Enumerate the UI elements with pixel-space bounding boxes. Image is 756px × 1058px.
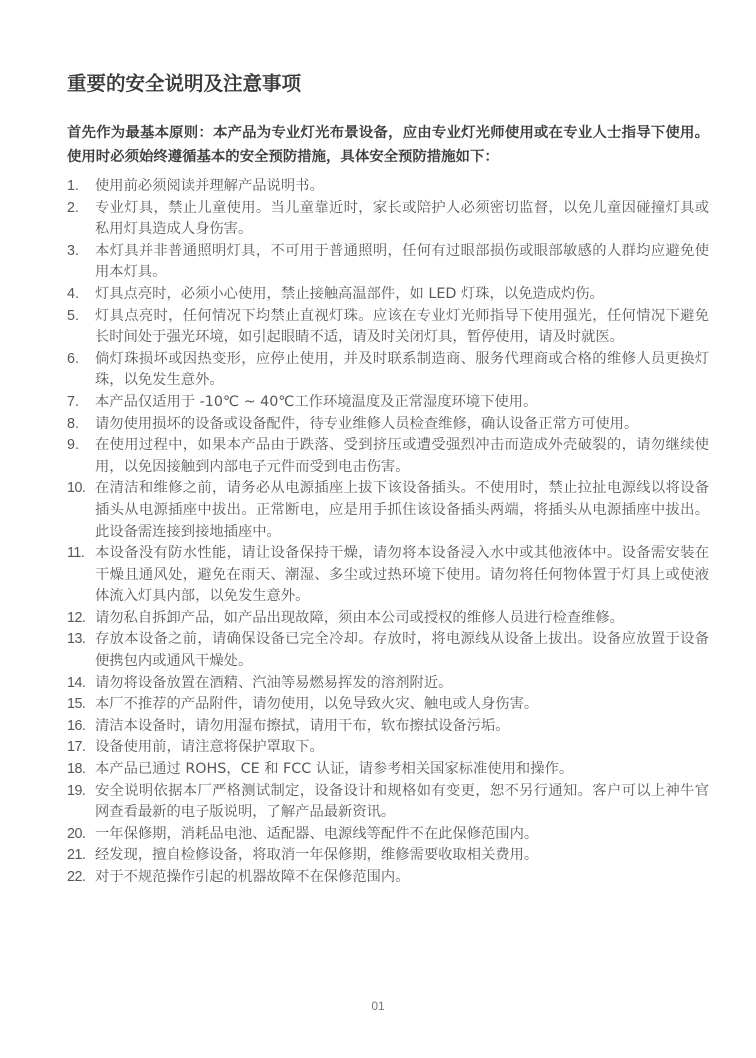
item-text: 倘灯珠损坏或因热变形，应停止使用，并及时联系制造商、服务代理商或合格的维修人员更… [95,351,709,389]
item-text: 对于不规范操作引起的机器故障不在保修范围内。 [95,869,410,885]
list-item: 18.本产品已通过 ROHS，CE 和 FCC 认证，请参考相关国家标准使用和操… [67,759,709,781]
list-item: 15.本厂不推荐的产品附件，请勿使用，以免导致火灾、触电或人身伤害。 [67,694,709,716]
item-text: 请勿私自拆卸产品，如产品出现故障，须由本公司或授权的维修人员进行检查维修。 [95,610,624,626]
item-number: 18. [67,759,85,781]
item-text: 本产品仅适用于 -10℃ ~ 40℃工作环境温度及正常湿度环境下使用。 [95,394,537,410]
item-number: 10. [67,478,85,500]
list-item: 16.清洁本设备时，请勿用湿布擦拭，请用干布，软布擦拭设备污垢。 [67,716,709,738]
item-text: 专业灯具，禁止儿童使用。当儿童靠近时，家长或陪护人必须密切监督，以免儿童因碰撞灯… [95,200,709,238]
item-number: 12. [67,608,85,630]
item-text: 清洁本设备时，请勿用湿布擦拭，请用干布，软布擦拭设备污垢。 [95,718,510,734]
item-number: 19. [67,781,85,803]
item-text: 请勿将设备放置在酒精、汽油等易燃易挥发的溶剂附近。 [95,675,452,691]
item-number: 6. [67,349,79,371]
item-number: 4. [67,284,79,306]
item-number: 15. [67,694,85,716]
list-item: 20.一年保修期，消耗品电池、适配器、电源线等配件不在此保修范围内。 [67,824,709,846]
item-text: 在使用过程中，如果本产品由于跌落、受到挤压或遭受强烈冲击而造成外壳破裂的，请勿继… [95,437,709,475]
item-text: 灯具点亮时，必须小心使用，禁止接触高温部件，如 LED 灯珠，以免造成灼伤。 [95,286,604,302]
item-text: 请勿使用损坏的设备或设备配件，待专业维修人员检查维修，确认设备正常方可使用。 [95,416,638,432]
page-number: 01 [0,999,756,1013]
item-number: 9. [67,435,79,457]
item-text: 本产品已通过 ROHS，CE 和 FCC 认证，请参考相关国家标准使用和操作。 [95,761,573,777]
item-text: 灯具点亮时，任何情况下均禁止直视灯珠。应该在专业灯光师指导下使用强光，任何情况下… [95,308,709,346]
item-text: 经发现，擅自检修设备，将取消一年保修期，维修需要收取相关费用。 [95,847,538,863]
list-item: 3.本灯具并非普通照明灯具，不可用于普通照明，任何有过眼部损伤或眼部敏感的人群均… [67,241,709,284]
list-item: 13.存放本设备之前，请确保设备已完全冷却。存放时，将电源线从设备上拔出。设备应… [67,629,709,672]
intro-paragraph: 首先作为最基本原则：本产品为专业灯光布景设备，应由专业灯光师使用或在专业人士指导… [67,121,709,169]
item-number: 14. [67,673,85,695]
list-item: 21.经发现，擅自检修设备，将取消一年保修期，维修需要收取相关费用。 [67,845,709,867]
item-text: 一年保修期，消耗品电池、适配器、电源线等配件不在此保修范围内。 [95,826,538,842]
page-title: 重要的安全说明及注意事项 [67,71,301,97]
item-number: 7. [67,392,79,414]
list-item: 4.灯具点亮时，必须小心使用，禁止接触高温部件，如 LED 灯珠，以免造成灼伤。 [67,284,709,306]
item-number: 8. [67,414,79,436]
list-item: 5.灯具点亮时，任何情况下均禁止直视灯珠。应该在专业灯光师指导下使用强光，任何情… [67,306,709,349]
item-number: 20. [67,824,85,846]
item-text: 本设备没有防水性能，请让设备保持干燥，请勿将本设备浸入水中或其他液体中。设备需安… [95,545,709,604]
item-text: 本厂不推荐的产品附件，请勿使用，以免导致火灾、触电或人身伤害。 [95,696,538,712]
list-item: 14.请勿将设备放置在酒精、汽油等易燃易挥发的溶剂附近。 [67,673,709,695]
list-item: 19.安全说明依据本厂严格测试制定，设备设计和规格如有变更，恕不另行通知。客户可… [67,781,709,824]
list-item: 2.专业灯具，禁止儿童使用。当儿童靠近时，家长或陪护人必须密切监督，以免儿童因碰… [67,198,709,241]
list-item: 6.倘灯珠损坏或因热变形，应停止使用，并及时联系制造商、服务代理商或合格的维修人… [67,349,709,392]
item-text: 安全说明依据本厂严格测试制定，设备设计和规格如有变更，恕不另行通知。客户可以上神… [95,783,709,821]
item-number: 22. [67,867,85,889]
item-number: 2. [67,198,79,220]
list-item: 11.本设备没有防水性能，请让设备保持干燥，请勿将本设备浸入水中或其他液体中。设… [67,543,709,608]
item-number: 13. [67,629,85,651]
item-number: 16. [67,716,85,738]
item-number: 11. [67,543,84,565]
item-number: 5. [67,306,79,328]
list-item: 7.本产品仅适用于 -10℃ ~ 40℃工作环境温度及正常湿度环境下使用。 [67,392,709,414]
list-item: 22.对于不规范操作引起的机器故障不在保修范围内。 [67,867,709,889]
item-number: 21. [67,845,85,867]
item-text: 设备使用前，请注意将保护罩取下。 [95,739,324,755]
item-number: 17. [67,737,85,759]
item-text: 使用前必须阅读并理解产品说明书。 [95,178,324,194]
list-item: 1.使用前必须阅读并理解产品说明书。 [67,176,709,198]
item-text: 本灯具并非普通照明灯具，不可用于普通照明，任何有过眼部损伤或眼部敏感的人群均应避… [95,243,709,281]
item-number: 1. [67,176,79,198]
list-item: 10.在清洁和维修之前，请务必从电源插座上拔下该设备插头。不使用时，禁止拉扯电源… [67,478,709,543]
list-item: 17.设备使用前，请注意将保护罩取下。 [67,737,709,759]
item-text: 在清洁和维修之前，请务必从电源插座上拔下该设备插头。不使用时，禁止拉扯电源线以将… [95,480,709,539]
safety-instructions-list: 1.使用前必须阅读并理解产品说明书。 2.专业灯具，禁止儿童使用。当儿童靠近时，… [67,176,709,889]
list-item: 12.请勿私自拆卸产品，如产品出现故障，须由本公司或授权的维修人员进行检查维修。 [67,608,709,630]
item-number: 3. [67,241,79,263]
list-item: 8.请勿使用损坏的设备或设备配件，待专业维修人员检查维修，确认设备正常方可使用。 [67,414,709,436]
list-item: 9.在使用过程中，如果本产品由于跌落、受到挤压或遭受强烈冲击而造成外壳破裂的，请… [67,435,709,478]
item-text: 存放本设备之前，请确保设备已完全冷却。存放时，将电源线从设备上拔出。设备应放置于… [95,631,709,669]
